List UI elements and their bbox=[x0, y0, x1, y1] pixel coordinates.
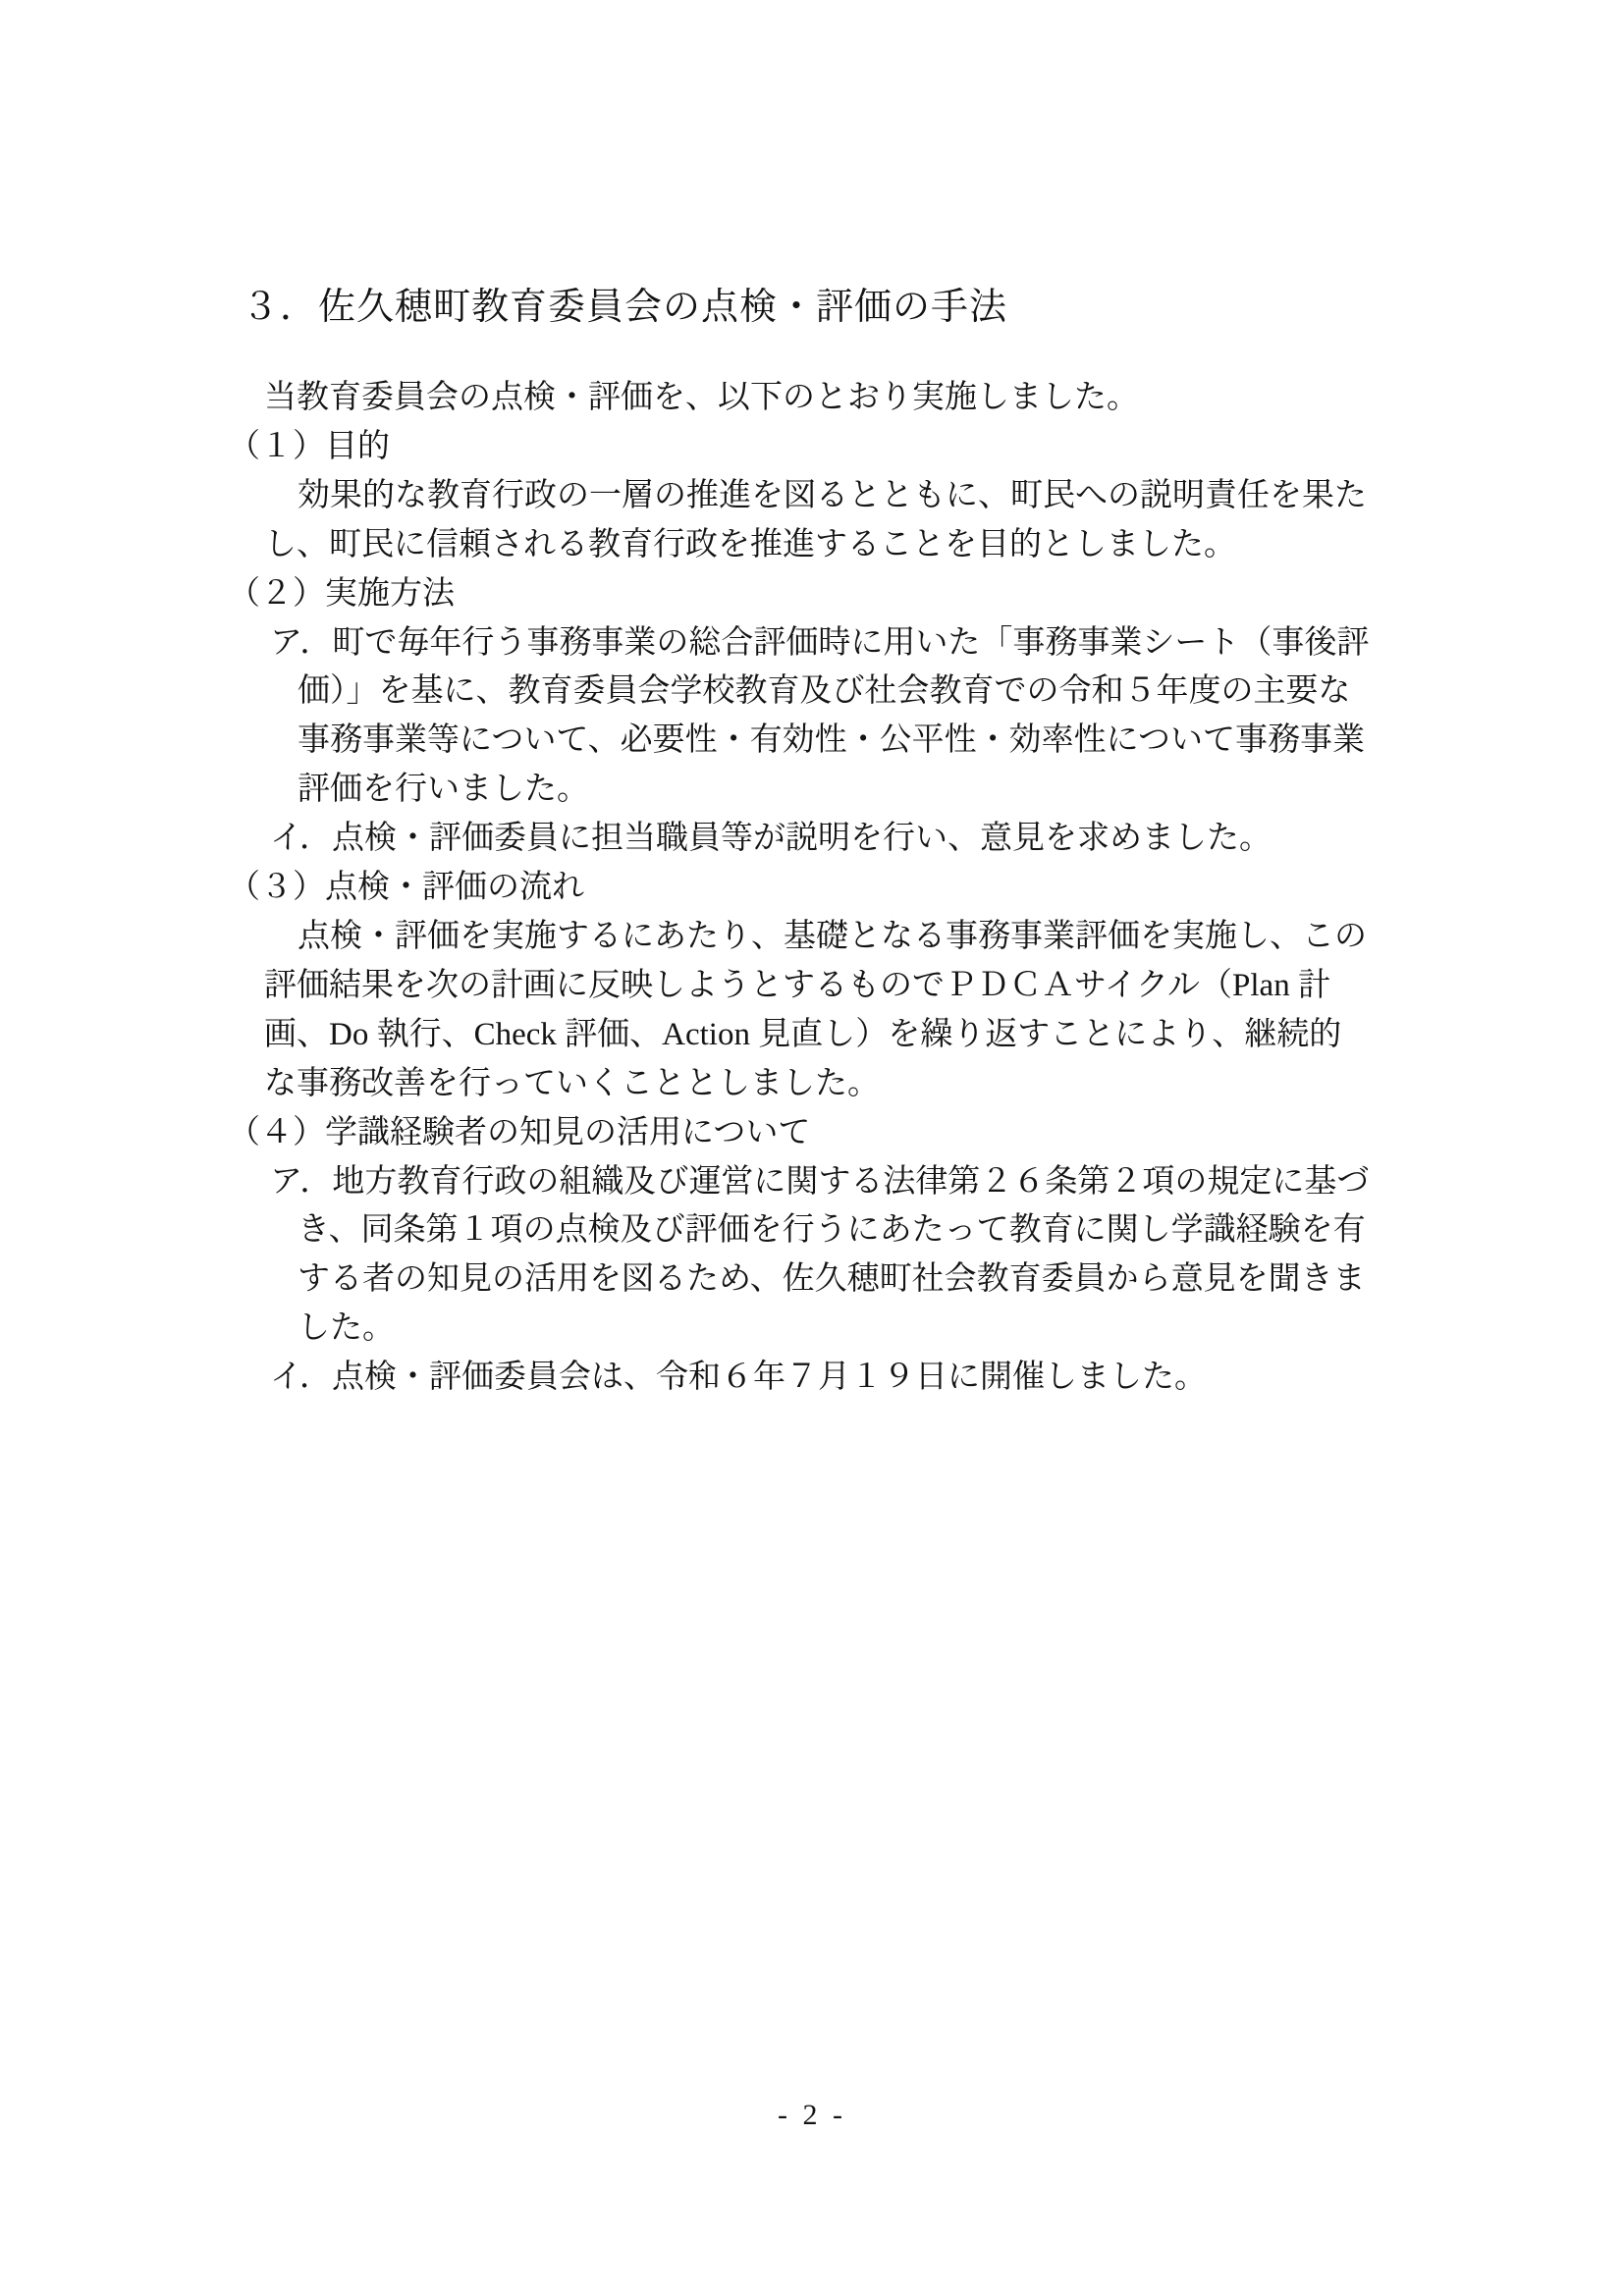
list-item: イ．点検・評価委員会は、令和６年７月１９日に開催しました。 bbox=[228, 1354, 1369, 1403]
text-line: 当教育委員会の点検・評価を、以下のとおり実施しました。 bbox=[228, 374, 1369, 423]
section-heading: （１）目的 bbox=[228, 423, 1369, 472]
text-line: 評価を行いました。 bbox=[228, 766, 1369, 815]
list-item: イ．点検・評価委員に担当職員等が説明を行い、意見を求めました。 bbox=[228, 815, 1369, 864]
section-heading: （３）点検・評価の流れ bbox=[228, 864, 1369, 913]
section-heading: （２）実施方法 bbox=[228, 570, 1369, 619]
text-line: する者の知見の活用を図るため、佐久穂町社会教育委員から意見を聞きま bbox=[228, 1255, 1369, 1305]
text-line: した。 bbox=[228, 1305, 1369, 1354]
list-item: ア．地方教育行政の組織及び運営に関する法律第２６条第２項の規定に基づ bbox=[228, 1158, 1369, 1207]
document-body: 当教育委員会の点検・評価を、以下のとおり実施しました。 （１）目的 効果的な教育… bbox=[228, 374, 1369, 1403]
text-line: き、同条第１項の点検及び評価を行うにあたって教育に関し学識経験を有 bbox=[228, 1206, 1369, 1255]
section-heading: （４）学識経験者の知見の活用について bbox=[228, 1109, 1369, 1158]
text-line: 評価結果を次の計画に反映しようとするものでＰＤＣＡサイクル（Plan 計 bbox=[228, 962, 1369, 1011]
list-item: ア．町で毎年行う事務事業の総合評価時に用いた「事務事業シート（事後評 bbox=[228, 619, 1369, 668]
text-line: 価）」を基に、教育委員会学校教育及び社会教育での令和５年度の主要な bbox=[228, 667, 1369, 717]
page-title: ３．佐久穂町教育委員会の点検・評価の手法 bbox=[242, 286, 1007, 331]
text-line: し、町民に信頼される教育行政を推進することを目的としました。 bbox=[228, 521, 1369, 570]
text-line: 事務事業等について、必要性・有効性・公平性・効率性について事務事業 bbox=[228, 717, 1369, 766]
page-number: - 2 - bbox=[0, 2099, 1624, 2132]
text-line: な事務改善を行っていくこととしました。 bbox=[228, 1060, 1369, 1109]
text-line: 画、Do 執行、Check 評価、Action 見直し）を繰り返すことにより、継… bbox=[228, 1011, 1369, 1060]
text-line: 点検・評価を実施するにあたり、基礎となる事務事業評価を実施し、この bbox=[228, 913, 1369, 962]
text-line: 効果的な教育行政の一層の推進を図るとともに、町民への説明責任を果た bbox=[228, 472, 1369, 521]
document-page: ３．佐久穂町教育委員会の点検・評価の手法 当教育委員会の点検・評価を、以下のとお… bbox=[0, 0, 1624, 2296]
